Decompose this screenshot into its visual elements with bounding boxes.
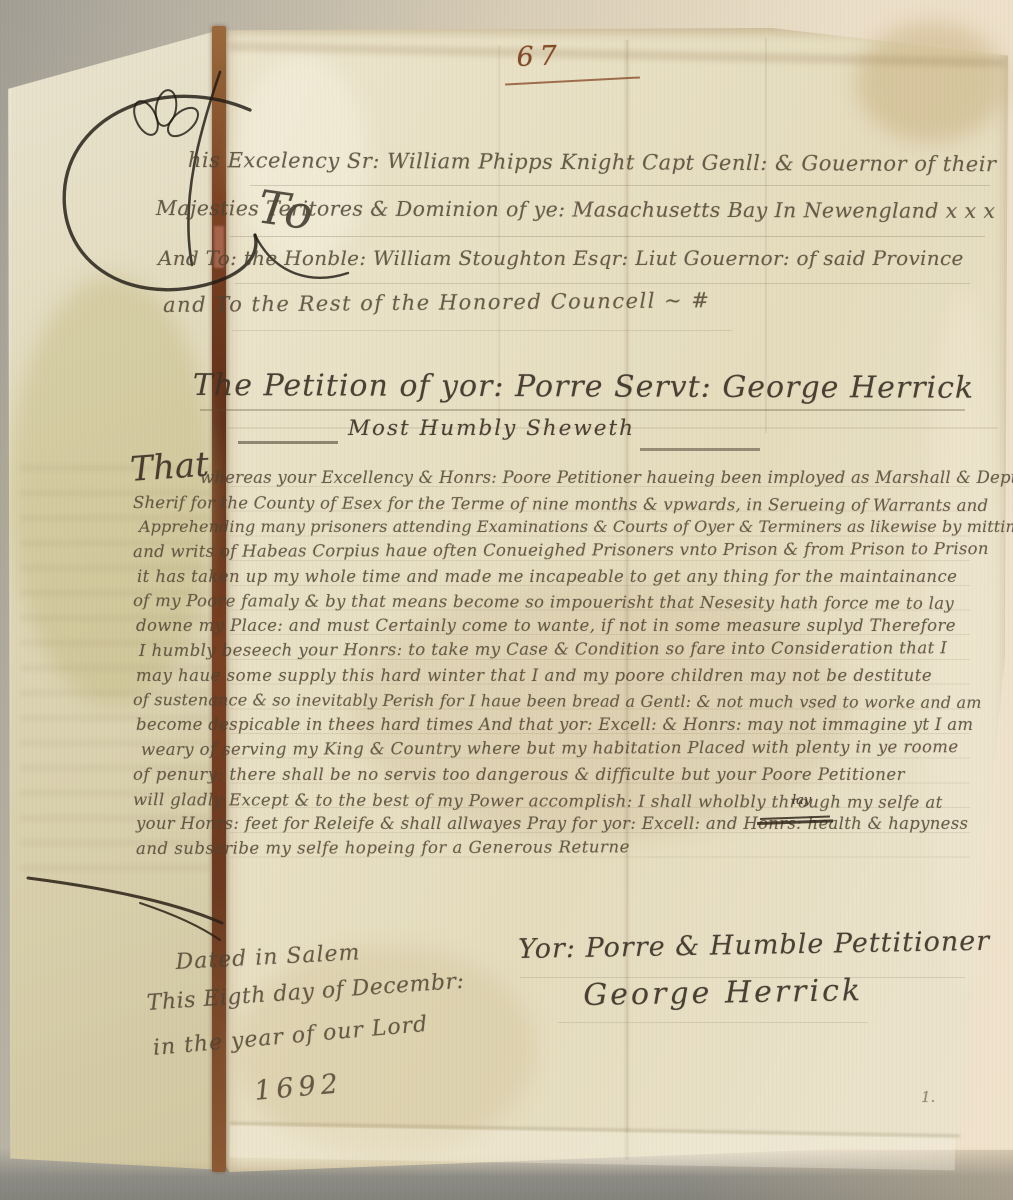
signature-name: George Herrick (583, 973, 863, 1013)
photo-table-shadow-right (690, 1150, 1013, 1200)
body-line: may haue some supply this hard winter th… (136, 666, 932, 685)
body-line: I humbly beseech your Honrs: to take my … (139, 638, 947, 660)
address-line-4: and To the Rest of the Honored Councell … (163, 288, 711, 317)
body-line: your Honrs: feet for Releife & shall all… (136, 814, 968, 833)
body-line: of penury: there shall be no servis too … (133, 765, 905, 784)
page-mark: 1. (921, 1088, 935, 1106)
address-line-2: Majesties Teritores & Dominion of ye: Ma… (156, 196, 996, 223)
address-line-3: And To: the Honble: William Stoughton Es… (158, 246, 964, 270)
petition-subtitle: Most Humbly Sheweth (348, 416, 635, 441)
body-line: Sherif for the County of Esex for the Te… (133, 493, 988, 515)
body-line: Apprehending many prisoners attending Ex… (139, 517, 1013, 536)
body-line: will gladly Except & to the best of my P… (133, 790, 943, 812)
body-line: of my Poore famaly & by that means becom… (133, 591, 954, 613)
body-line: it has taken up my whole time and made m… (137, 567, 957, 586)
body-initial: That (129, 445, 210, 490)
body-line: of sustenance & so inevitably Perish for… (133, 690, 982, 712)
body-line: weary of serving my King & Country where… (141, 737, 959, 759)
manuscript-photo: To 67 his Excelency Sr: William Phipps K… (0, 0, 1013, 1200)
body-line: and subscribe my selfe hopeing for a Gen… (136, 837, 630, 858)
body-line: become despicable in thees hard times An… (136, 715, 973, 734)
address-line-1: his Excelency Sr: William Phipps Knight … (188, 148, 997, 176)
petition-title: The Petition of yor: Porre Servt: George… (193, 368, 974, 406)
body-line: downe my Place: and must Certainly come … (136, 616, 956, 635)
body-line: whereas your Excellency & Honrs: Poore P… (200, 468, 1013, 487)
interlined-word: lay (792, 793, 811, 808)
folio-number: 67 (516, 40, 563, 73)
body-line: and writs of Habeas Corpius haue often C… (133, 539, 989, 561)
